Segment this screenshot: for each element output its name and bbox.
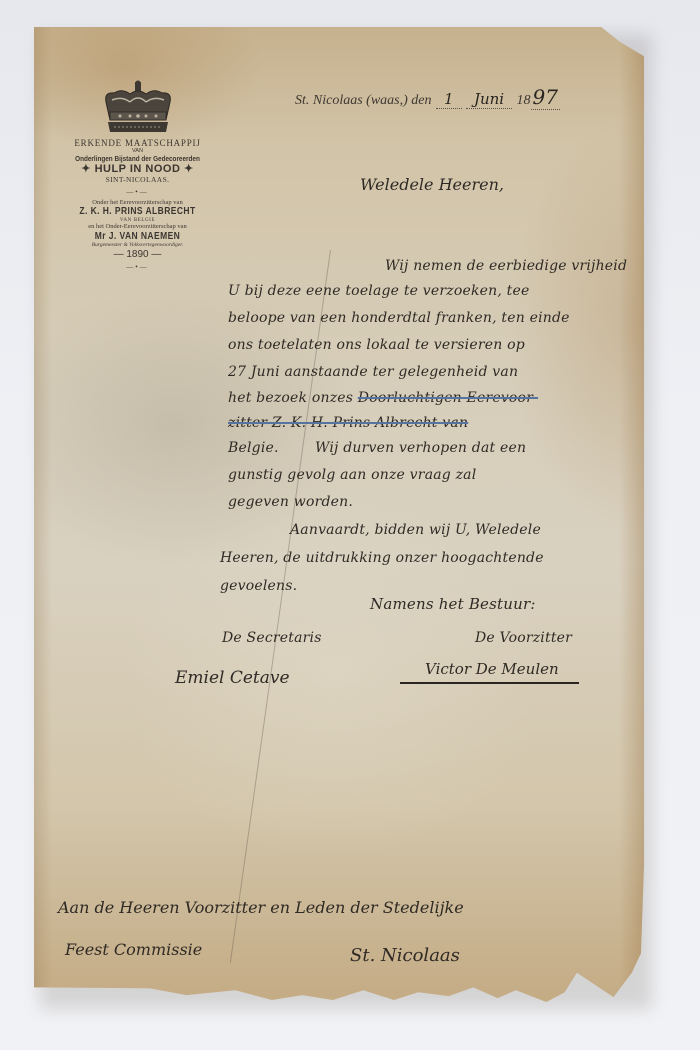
letterhead-separator: —•— <box>60 188 215 196</box>
salutation: Weledele Heeren, <box>360 175 504 194</box>
letterhead-subtitle: Onderlingen Bijstand der Gedecoreerden <box>72 155 204 164</box>
body-line: gegeven worden. <box>228 494 353 510</box>
dateline-year-prefix: 18 <box>517 93 531 108</box>
dateline-year-suffix: 97 <box>531 85 560 110</box>
dateline: St. Nicolaas (waas,) den 1 Juni 1897 <box>295 85 560 109</box>
secretary-signature: Emiel Cetave <box>175 668 290 688</box>
crown-icon <box>100 80 176 134</box>
body-line: U bij deze eene toelage te verzoeken, te… <box>228 283 529 299</box>
letterhead: ERKENDE MAATSCHAPPIJ VAN Onderlingen Bij… <box>60 80 215 274</box>
body-line: het bezoek onzes Doorluchtigen Eerevoor- <box>228 390 538 406</box>
dateline-place: St. Nicolaas (waas,) den <box>295 93 432 108</box>
struck-text: Doorluchtigen Eerevoor- <box>358 390 538 406</box>
body-line: Belgie. <box>228 440 279 456</box>
letterhead-society-name: ERKENDE MAATSCHAPPIJ <box>60 138 215 148</box>
body-line: ons toetelaten ons lokaal te versieren o… <box>228 337 525 353</box>
body-line-struck: zitter Z. K. H. Prins Albrecht van <box>228 415 468 431</box>
secretary-role: De Secretaris <box>222 630 322 646</box>
letterhead-vice-patronage: en het Onder-Eerevoorzitterschap van <box>60 223 215 230</box>
body-line: gevoelens. <box>220 578 297 594</box>
addressee-line-2: Feest Commissie <box>65 940 202 959</box>
dateline-month: Juni <box>466 90 512 109</box>
body-line: gunstig gevolg aan onze vraag zal <box>228 467 476 483</box>
chairman-signature: Victor De Meulen <box>400 660 579 684</box>
body-line: Wij durven verhopen dat een <box>315 440 526 456</box>
letterhead-year: — 1890 — <box>60 249 215 261</box>
body-line: Heeren, de uitdrukking onzer hoogachtend… <box>220 550 544 566</box>
letterhead-patronage: Onder het Eerevoorzitterschap van <box>60 199 215 206</box>
addressee-line-3: St. Nicolaas <box>350 945 460 966</box>
body-line: Wij nemen de eerbiedige vrijheid <box>385 258 627 274</box>
letterhead-patron: Z. K. H. PRINS ALBRECHT <box>72 206 204 218</box>
body-line: Aanvaardt, bidden wij U, Weledele <box>290 522 541 538</box>
body-line: beloope van een honderdtal franken, ten … <box>228 310 570 326</box>
chairman-role: De Voorzitter <box>475 630 572 646</box>
addressee-line-1: Aan de Heeren Voorzitter en Leden der St… <box>58 898 464 917</box>
closing: Namens het Bestuur: <box>370 595 536 613</box>
body-line-plain: het bezoek onzes <box>228 390 358 406</box>
letterhead-vice-patron: Mr J. VAN NAEMEN <box>72 231 204 243</box>
letterhead-separator-bottom: —•— <box>60 263 215 271</box>
dateline-day: 1 <box>436 90 462 109</box>
letterhead-city: SINT-NICOLAAS. <box>60 176 215 185</box>
body-line: 27 Juni aanstaande ter gelegenheid van <box>228 364 518 380</box>
